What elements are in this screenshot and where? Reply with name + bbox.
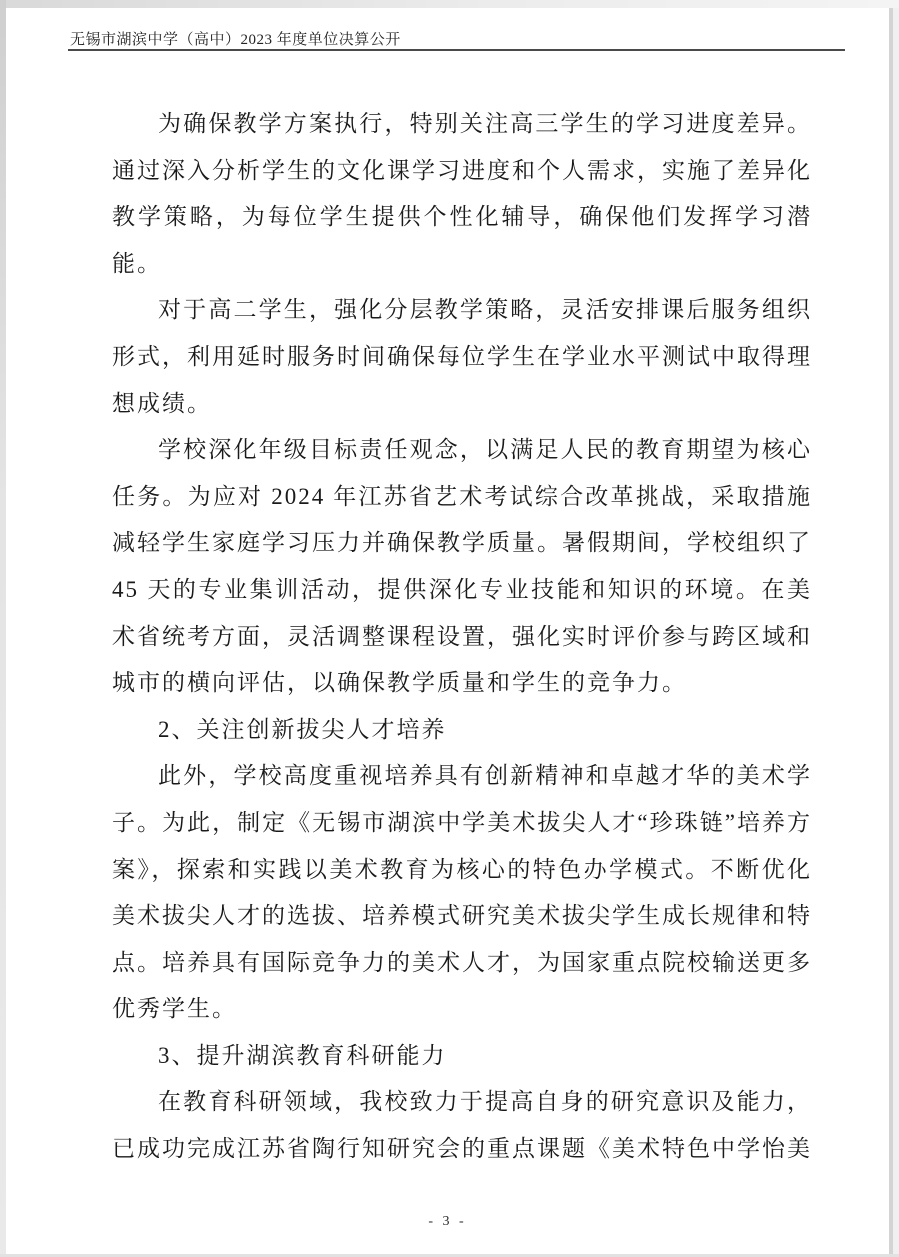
scan-edge-right-line — [889, 0, 893, 1257]
scan-edge-left — [0, 0, 6, 1257]
section-heading-3: 3、提升湖滨教育科研能力 — [112, 1033, 812, 1080]
scanned-page-viewport: 无锡市湖滨中学（高中）2023 年度单位决算公开 为确保教学方案执行，特别关注高… — [0, 0, 899, 1257]
scan-edge-right-pale — [893, 0, 899, 1257]
paragraph-top-talent: 此外，学校高度重视培养具有创新精神和卓越才华的美术学子。为此，制定《无锡市湖滨中… — [112, 753, 812, 1033]
page-header-title: 无锡市湖滨中学（高中）2023 年度单位决算公开 — [70, 28, 401, 49]
document-body: 为确保教学方案执行，特别关注高三学生的学习进度差异。通过深入分析学生的文化课学习… — [112, 101, 812, 1173]
header-rule — [68, 49, 845, 51]
page-number: - 3 - — [6, 1214, 889, 1230]
paragraph-teaching-plan: 为确保教学方案执行，特别关注高三学生的学习进度差异。通过深入分析学生的文化课学习… — [112, 101, 812, 287]
document-page: 无锡市湖滨中学（高中）2023 年度单位决算公开 为确保教学方案执行，特别关注高… — [6, 8, 889, 1254]
paragraph-grade-responsibility: 学校深化年级目标责任观念，以满足人民的教育期望为核心任务。为应对 2024 年江… — [112, 427, 812, 707]
paragraph-research: 在教育科研领域，我校致力于提高自身的研究意识及能力，已成功完成江苏省陶行知研究会… — [112, 1079, 812, 1172]
section-heading-2: 2、关注创新拔尖人才培养 — [112, 707, 812, 754]
scan-edge-top — [0, 0, 899, 8]
paragraph-grade11-strategy: 对于高二学生，强化分层教学策略，灵活安排课后服务组织形式，利用延时服务时间确保每… — [112, 287, 812, 427]
